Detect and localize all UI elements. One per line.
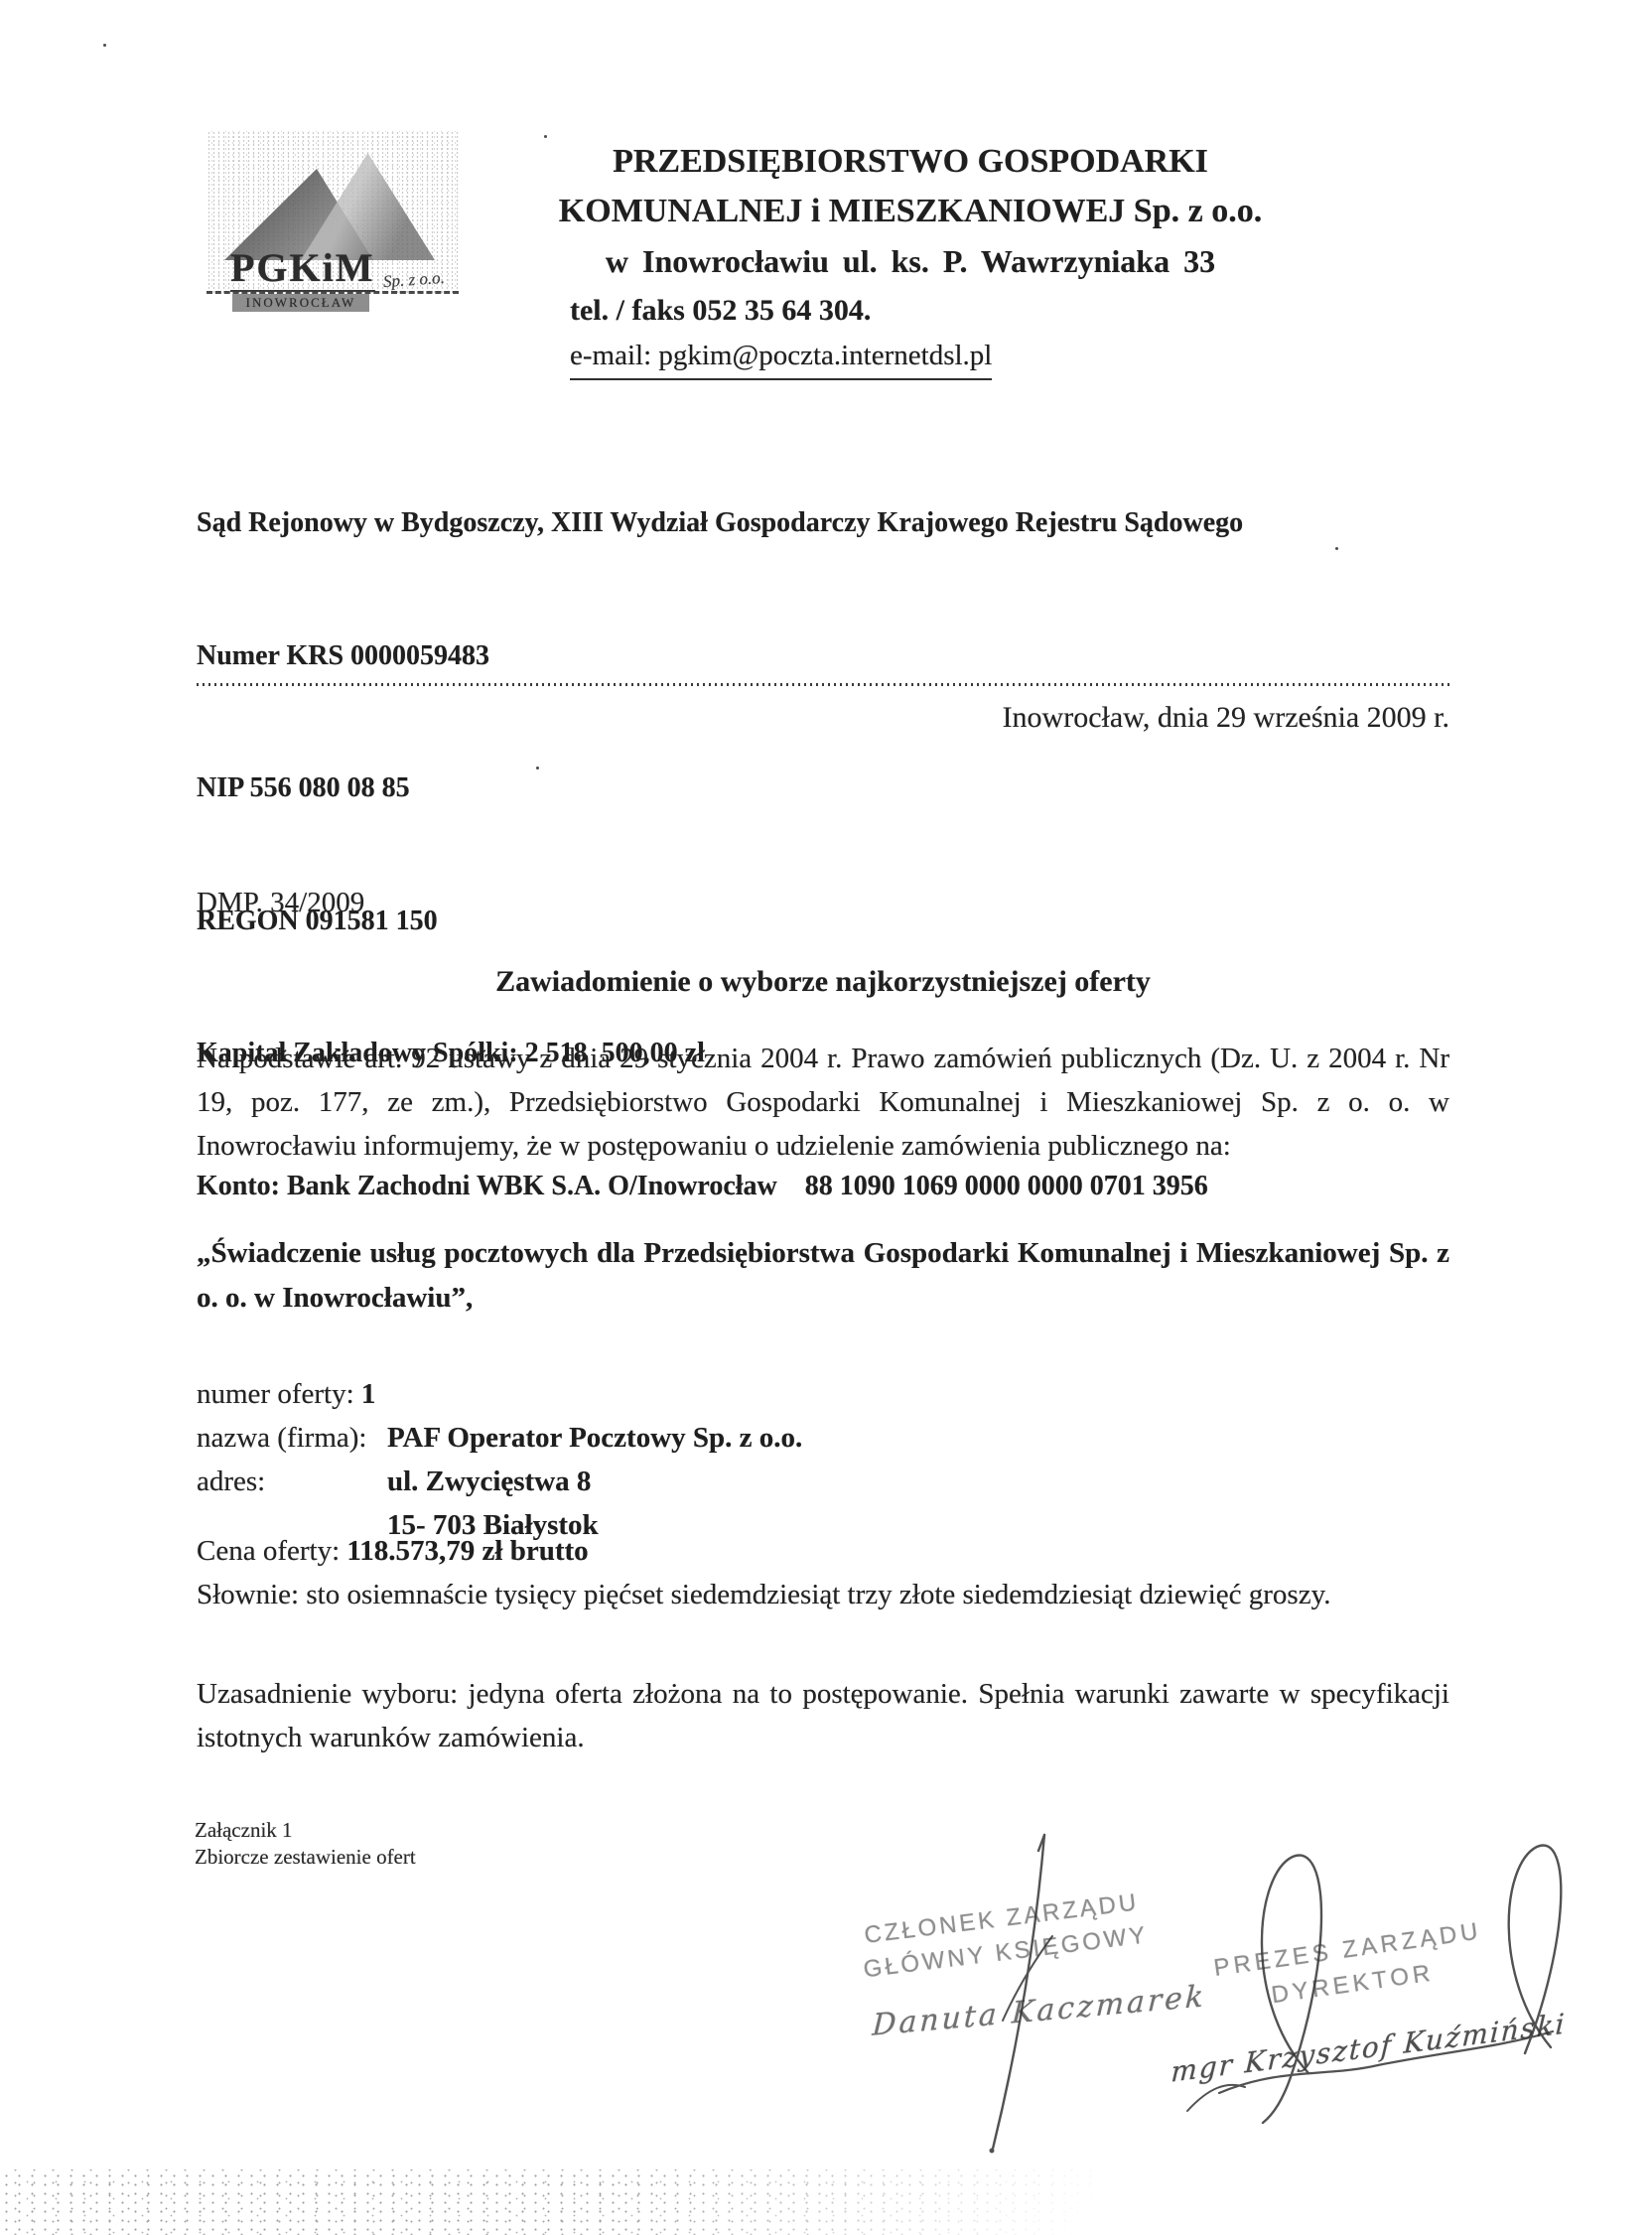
registry-court: Sąd Rejonowy w Bydgoszczy, XIII Wydział … [197, 501, 1467, 546]
address-line1: ul. Zwycięstwa 8 [387, 1460, 599, 1503]
registry-nip: NIP 556 080 08 85 [197, 767, 1467, 811]
price-value: 118.573,79 zł brutto [346, 1535, 588, 1567]
logo-company-form: Sp. z o.o. [382, 268, 445, 292]
date-line: Inowrocław, dnia 29 września 2009 r. [197, 701, 1449, 735]
logo-city: INOWROCŁAW [232, 294, 369, 312]
scanned-letter-page: PGKiM Sp. z o.o. INOWROCŁAW PRZEDSIĘBIOR… [0, 0, 1652, 2235]
price-row: Cena oferty: 118.573,79 zł brutto [197, 1529, 1449, 1573]
offer-details: numer oferty: 1 nazwa (firma): PAF Opera… [197, 1372, 1449, 1547]
registry-krs: Numer KRS 0000059483 [197, 634, 1467, 679]
pen-strokes [556, 1817, 1652, 2184]
subject-paragraph: „Świadczenie usług pocztowych dla Przeds… [197, 1231, 1449, 1321]
logo-acronym: PGKiM [230, 248, 375, 292]
scan-speck [536, 767, 539, 769]
company-value: PAF Operator Pocztowy Sp. z o.o. [387, 1416, 802, 1460]
company-label: nazwa (firma): [197, 1416, 387, 1460]
pgkim-logo: PGKiM Sp. z o.o. INOWROCŁAW [206, 131, 459, 294]
offer-number-value: 1 [361, 1378, 376, 1410]
attachment-line1: Załącznik 1 [195, 1817, 416, 1844]
reference-number: DMP. 34/2009 [197, 887, 364, 919]
offer-number-label: numer oferty: [197, 1378, 354, 1410]
scan-speck [1335, 547, 1338, 550]
attachment-note: Załącznik 1 Zbiorcze zestawienie ofert [195, 1817, 416, 1871]
scan-speck [544, 135, 547, 138]
company-address: w Inowrocławiu ul. ks. P. Wawrzyniaka 33 [508, 236, 1312, 286]
price-label: Cena oferty: [197, 1535, 340, 1567]
offer-company-row: nazwa (firma): PAF Operator Pocztowy Sp.… [197, 1416, 1449, 1460]
price-in-words: Słownie: sto osiemnaście tysięcy pięćset… [197, 1573, 1449, 1616]
letterhead: PRZEDSIĘBIORSTWO GOSPODARKI KOMUNALNEJ i… [508, 137, 1312, 380]
dotted-divider [197, 683, 1449, 686]
attachment-line2: Zbiorcze zestawienie ofert [195, 1844, 416, 1871]
phone-fax: tel. / faks 052 35 64 304. [570, 288, 1312, 334]
document-title: Zawiadomienie o wyborze najkorzystniejsz… [197, 965, 1449, 999]
scanner-noise [0, 2169, 1142, 2235]
intro-paragraph: Na podstawie art. 92 ustawy z dnia 29 st… [197, 1037, 1449, 1168]
registry-regon: REGON 091581 150 [197, 900, 1467, 944]
offer-number-row: numer oferty: 1 [197, 1372, 1449, 1416]
justification-paragraph: Uzasadnienie wyboru: jedyna oferta złożo… [197, 1672, 1449, 1759]
company-name-line1: PRZEDSIĘBIORSTWO GOSPODARKI [508, 137, 1312, 187]
company-name-line2: KOMUNALNEJ i MIESZKANIOWEJ Sp. z o.o. [508, 187, 1312, 236]
scan-speck [103, 44, 106, 47]
registry-bank-account: Konto: Bank Zachodni WBK S.A. O/Inowrocł… [197, 1165, 1467, 1209]
email-address: e-mail: pgkim@poczta.internetdsl.pl [570, 334, 992, 380]
